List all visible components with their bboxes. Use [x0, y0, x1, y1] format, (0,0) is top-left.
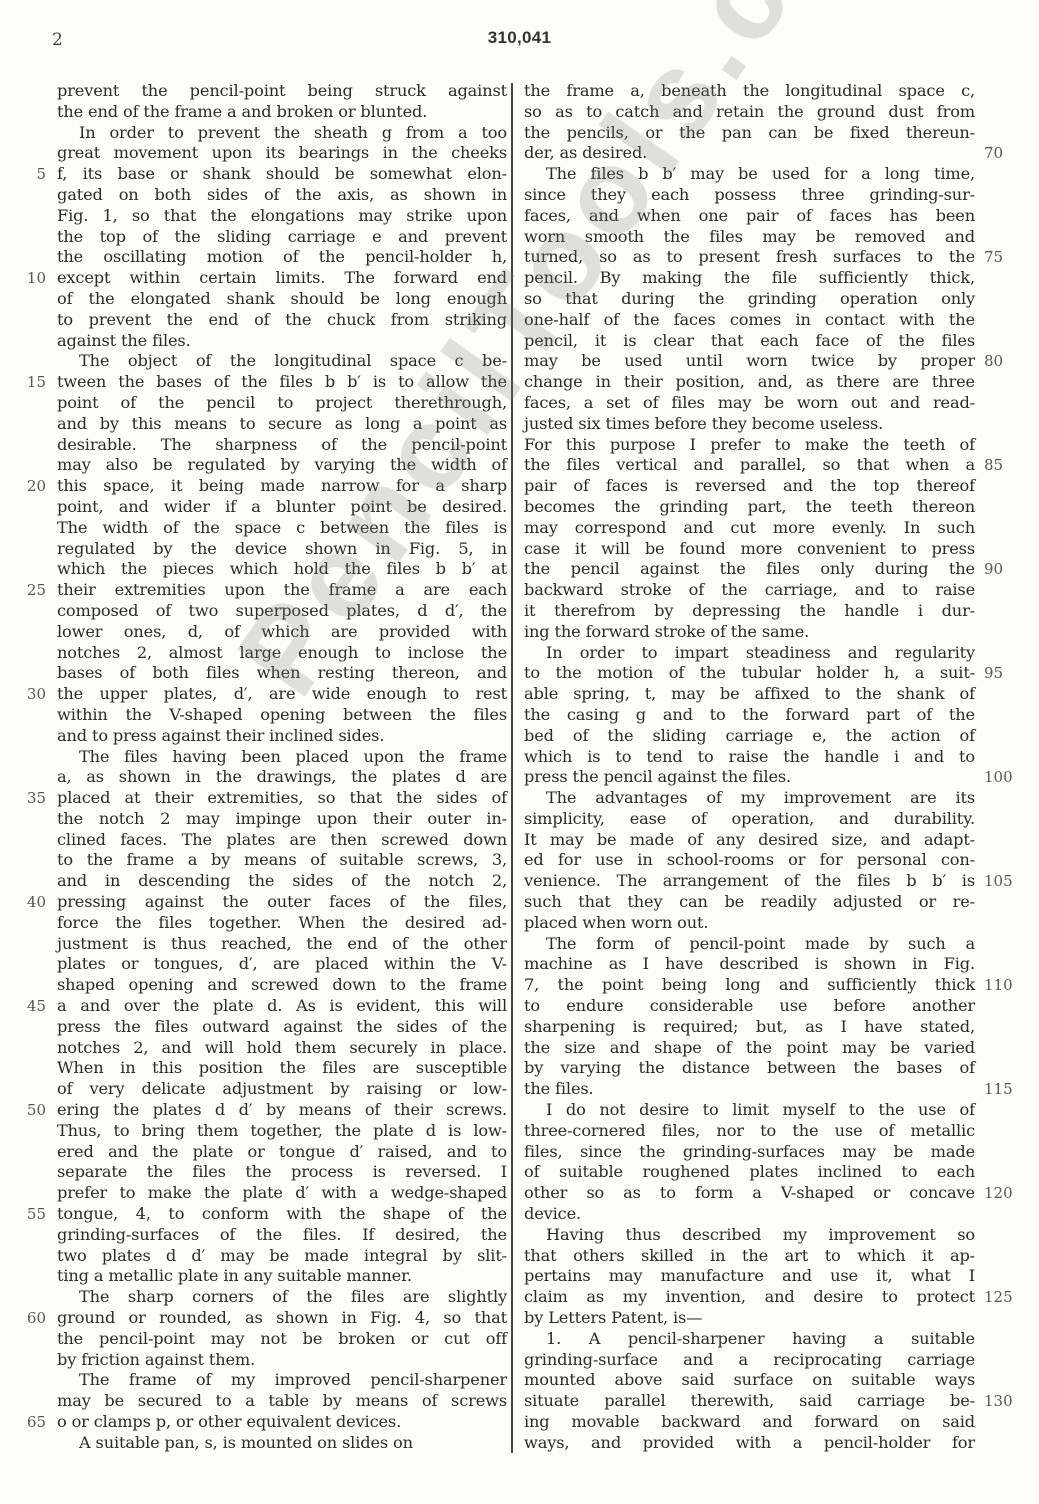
text-line: point of the pencil to project therethro… [57, 393, 507, 414]
text-line: this space, it being made narrow for a s… [57, 476, 507, 497]
text-line: since they each possess three grinding-s… [524, 185, 975, 206]
text-line: machine as I have described is shown in … [524, 954, 975, 975]
text-line: prefer to make the plate d′ with a wedge… [57, 1183, 507, 1204]
text-line: venience. The arrangement of the files b… [524, 871, 975, 892]
text-line: a, as shown in the drawings, the plates … [57, 767, 507, 788]
text-line: bases of both files when resting thereon… [57, 663, 507, 684]
text-line: ing the forward stroke of the same. [524, 622, 975, 643]
text-line: turned, so as to present fresh surfaces … [524, 247, 975, 268]
text-line: A suitable pan, s, is mounted on slides … [57, 1433, 507, 1454]
text-line: The form of pencil-point made by such a [524, 934, 975, 955]
text-line: may be secured to a table by means of sc… [57, 1391, 507, 1412]
text-line: sharpening is required; but, as I have s… [524, 1017, 975, 1038]
text-line: pressing against the outer faces of the … [57, 892, 507, 913]
patent-number: 310,041 [0, 28, 1039, 48]
text-line: ground or rounded, as shown in Fig. 4, s… [57, 1308, 507, 1329]
text-line: to endure considerable use before anothe… [524, 996, 975, 1017]
text-line: ing movable backward and forward on said [524, 1412, 975, 1433]
text-line: prevent the pencil-point being struck ag… [57, 81, 507, 102]
text-line: becomes the grinding part, the teeth the… [524, 497, 975, 518]
text-line: force the files together. When the desir… [57, 913, 507, 934]
text-line: ways, and provided with a pencil-holder … [524, 1433, 975, 1454]
text-line: bed of the sliding carriage e, the actio… [524, 726, 975, 747]
text-line: backward stroke of the carriage, and to … [524, 580, 975, 601]
line-number: 40 [18, 892, 46, 913]
line-number: 90 [984, 559, 1024, 580]
text-line: and by this means to secure as long a po… [57, 414, 507, 435]
text-line: 7, the point being long and sufficiently… [524, 975, 975, 996]
line-number: 80 [984, 351, 1024, 372]
line-number: 55 [18, 1204, 46, 1225]
line-number: 15 [18, 372, 46, 393]
text-line: which the pieces which hold the files b … [57, 559, 507, 580]
text-line: by friction against them. [57, 1350, 507, 1371]
text-line: worn smooth the files may be removed and [524, 227, 975, 248]
line-number: 130 [984, 1391, 1024, 1412]
text-line: tongue, 4, to conform with the shape of … [57, 1204, 507, 1225]
text-line: of the elongated shank should be long en… [57, 289, 507, 310]
text-line: composed of two superposed plates, d d′,… [57, 601, 507, 622]
text-line: The advantages of my improvement are its [524, 788, 975, 809]
line-number: 60 [18, 1308, 46, 1329]
text-line: claim as my invention, and desire to pro… [524, 1287, 975, 1308]
line-number: 120 [984, 1183, 1024, 1204]
text-line: and in descending the sides of the notch… [57, 871, 507, 892]
text-line: to the motion of the tubular holder h, a… [524, 663, 975, 684]
text-line: der, as desired. [524, 143, 975, 164]
text-line: simplicity, ease of operation, and durab… [524, 809, 975, 830]
text-line: mounted above said surface on suitable w… [524, 1370, 975, 1391]
text-line: the oscillating motion of the pencil-hol… [57, 247, 507, 268]
text-line: to prevent the end of the chuck from str… [57, 310, 507, 331]
text-line: tween the bases of the files b b′ is to … [57, 372, 507, 393]
text-line: In order to prevent the sheath g from a … [57, 123, 507, 144]
text-line: point, and wider if a blunter point be d… [57, 497, 507, 518]
text-line: faces, a set of files may be worn out an… [524, 393, 975, 414]
text-line: desirable. The sharpness of the pencil-p… [57, 435, 507, 456]
column-divider [511, 83, 513, 1453]
text-line: may correspond and cut more evenly. In s… [524, 518, 975, 539]
text-line: clined faces. The plates are then screwe… [57, 830, 507, 851]
left-column: prevent the pencil-point being struck ag… [57, 81, 507, 1454]
text-line: The files b b′ may be used for a long ti… [524, 164, 975, 185]
text-line: the upper plates, d′, are wide enough to… [57, 684, 507, 705]
text-line: the casing g and to the forward part of … [524, 705, 975, 726]
text-line: and to press against their inclined side… [57, 726, 507, 747]
text-line: pencil. By making the file sufficiently … [524, 268, 975, 289]
text-line: The object of the longitudinal space c b… [57, 351, 507, 372]
text-line: that others skilled in the art to which … [524, 1246, 975, 1267]
text-line: a and over the plate d. As is evident, t… [57, 996, 507, 1017]
text-line: When in this position the files are susc… [57, 1058, 507, 1079]
text-line: the end of the frame a and broken or blu… [57, 102, 507, 123]
line-number: 50 [18, 1100, 46, 1121]
text-line: grinding-surface and a reciprocating car… [524, 1350, 975, 1371]
text-line: regulated by the device shown in Fig. 5,… [57, 539, 507, 560]
text-line: pencil, it is clear that each face of th… [524, 331, 975, 352]
text-line: shaped opening and screwed down to the f… [57, 975, 507, 996]
line-number: 10 [18, 268, 46, 289]
line-number: 110 [984, 975, 1024, 996]
text-line: change in their position, and, as there … [524, 372, 975, 393]
text-line: by varying the distance between the base… [524, 1058, 975, 1079]
text-line: one-half of the faces comes in contact w… [524, 310, 975, 331]
right-column: the frame a, beneath the longitudinal sp… [524, 81, 975, 1454]
text-line: 1. A pencil-sharpener having a suitable [524, 1329, 975, 1350]
text-line: except within certain limits. The forwar… [57, 268, 507, 289]
text-line: of very delicate adjustment by raising o… [57, 1079, 507, 1100]
line-number: 5 [18, 164, 46, 185]
text-line: the frame a, beneath the longitudinal sp… [524, 81, 975, 102]
text-line: the notch 2 may impinge upon their outer… [57, 809, 507, 830]
text-line: it therefrom by depressing the handle i … [524, 601, 975, 622]
text-line: case it will be found more convenient to… [524, 539, 975, 560]
line-number: 75 [984, 247, 1024, 268]
text-line: ed for use in school-rooms or for person… [524, 850, 975, 871]
line-number: 70 [984, 143, 1024, 164]
line-number: 115 [984, 1079, 1024, 1100]
text-line: the size and shape of the point may be v… [524, 1038, 975, 1059]
text-line: f, its base or shank should be somewhat … [57, 164, 507, 185]
text-line: The frame of my improved pencil-sharpene… [57, 1370, 507, 1391]
text-line: faces, and when one pair of faces has be… [524, 206, 975, 227]
text-line: of suitable roughened plates inclined to… [524, 1162, 975, 1183]
line-number: 95 [984, 663, 1024, 684]
text-line: ting a metallic plate in any suitable ma… [57, 1266, 507, 1287]
text-line: separate the files the process is revers… [57, 1162, 507, 1183]
text-line: gated on both sides of the axis, as show… [57, 185, 507, 206]
line-number: 45 [18, 996, 46, 1017]
text-line: three-cornered files, nor to the use of … [524, 1121, 975, 1142]
text-line: by Letters Patent, is— [524, 1308, 975, 1329]
text-line: grinding-surfaces of the files. If desir… [57, 1225, 507, 1246]
line-number: 20 [18, 476, 46, 497]
text-line: files, since the grinding-surfaces may b… [524, 1142, 975, 1163]
line-number: 30 [18, 684, 46, 705]
text-line: able spring, t, may be affixed to the sh… [524, 684, 975, 705]
text-line: Having thus described my improvement so [524, 1225, 975, 1246]
text-line: the files vertical and parallel, so that… [524, 455, 975, 476]
text-line: In order to impart steadiness and regula… [524, 643, 975, 664]
text-line: I do not desire to limit myself to the u… [524, 1100, 975, 1121]
line-number: 105 [984, 871, 1024, 892]
text-line: the pencil against the files only during… [524, 559, 975, 580]
text-line: may also be regulated by varying the wid… [57, 455, 507, 476]
text-line: Thus, to bring them together, the plate … [57, 1121, 507, 1142]
text-line: within the V-shaped opening between the … [57, 705, 507, 726]
line-number: 125 [984, 1287, 1024, 1308]
line-number: 85 [984, 455, 1024, 476]
line-number: 25 [18, 580, 46, 601]
text-line: other so as to form a V-shaped or concav… [524, 1183, 975, 1204]
text-line: the files. [524, 1079, 975, 1100]
line-number: 35 [18, 788, 46, 809]
text-line: o or clamps p, or other equivalent devic… [57, 1412, 507, 1433]
text-line: against the files. [57, 331, 507, 352]
text-line: notches 2, almost large enough to inclos… [57, 643, 507, 664]
text-line: may be used until worn twice by proper [524, 351, 975, 372]
text-line: so as to catch and retain the ground dus… [524, 102, 975, 123]
text-line: placed when worn out. [524, 913, 975, 934]
text-line: ering the plates d d′ by means of their … [57, 1100, 507, 1121]
line-number: 100 [984, 767, 1024, 788]
text-line: justed six times before they become usel… [524, 414, 975, 435]
page-header: 2 310,041 [0, 28, 1039, 52]
text-line: It may be made of any desired size, and … [524, 830, 975, 851]
text-line: such that they can be readily adjusted o… [524, 892, 975, 913]
text-line: device. [524, 1204, 975, 1225]
text-line: lower ones, d, of which are provided wit… [57, 622, 507, 643]
text-line: pertains may manufacture and use it, wha… [524, 1266, 975, 1287]
text-line: justment is thus reached, the end of the… [57, 934, 507, 955]
text-line: the pencil-point may not be broken or cu… [57, 1329, 507, 1350]
text-line: The width of the space c between the fil… [57, 518, 507, 539]
text-line: two plates d d′ may be made integral by … [57, 1246, 507, 1267]
text-line: to the frame a by means of suitable scre… [57, 850, 507, 871]
text-line: Fig. 1, so that the elongations may stri… [57, 206, 507, 227]
text-line: For this purpose I prefer to make the te… [524, 435, 975, 456]
text-line: placed at their extremities, so that the… [57, 788, 507, 809]
line-number: 65 [18, 1412, 46, 1433]
text-line: great movement upon its bearings in the … [57, 143, 507, 164]
text-line: The files having been placed upon the fr… [57, 747, 507, 768]
text-line: The sharp corners of the files are sligh… [57, 1287, 507, 1308]
text-line: which is to tend to raise the handle i a… [524, 747, 975, 768]
text-line: the top of the sliding carriage e and pr… [57, 227, 507, 248]
text-line: so that during the grinding operation on… [524, 289, 975, 310]
text-line: press the files outward against the side… [57, 1017, 507, 1038]
text-line: pair of faces is reversed and the top th… [524, 476, 975, 497]
text-line: notches 2, and will hold them securely i… [57, 1038, 507, 1059]
text-line: plates or tongues, d′, are placed within… [57, 954, 507, 975]
text-line: situate parallel therewith, said carriag… [524, 1391, 975, 1412]
text-line: their extremities upon the frame a are e… [57, 580, 507, 601]
text-line: ered and the plate or tongue d′ raised, … [57, 1142, 507, 1163]
text-line: the pencils, or the pan can be fixed the… [524, 123, 975, 144]
text-line: press the pencil against the files. [524, 767, 975, 788]
